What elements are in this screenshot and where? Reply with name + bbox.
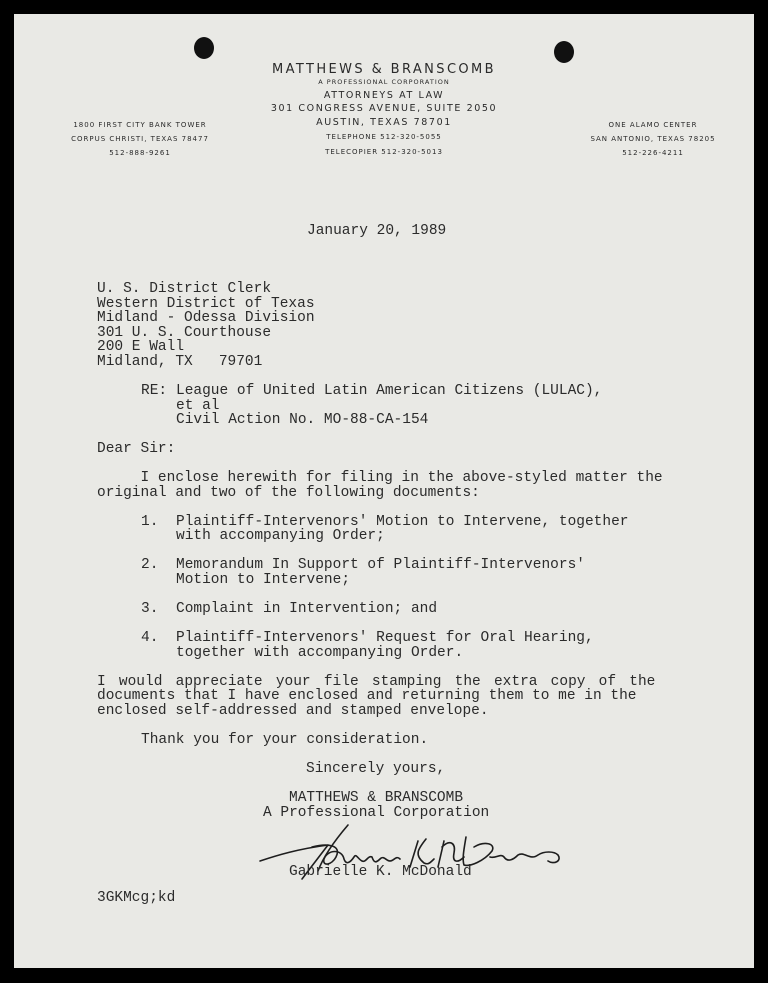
list-item-number: 3. <box>141 602 158 617</box>
recipient-line: U. S. District Clerk <box>97 282 271 297</box>
request-line: documents that I have enclosed and retur… <box>97 689 637 704</box>
recipient-line: Midland, TX 79701 <box>97 355 262 370</box>
request-line: enclosed self-addressed and stamped enve… <box>97 704 489 719</box>
punch-hole-right <box>554 41 574 63</box>
left-office-line1: 1800 FIRST CITY BANK TOWER <box>40 121 240 129</box>
closing: Sincerely yours, <box>306 762 445 777</box>
salutation: Dear Sir: <box>97 442 175 457</box>
signature-firm: MATTHEWS & BRANSCOMB <box>289 791 463 806</box>
list-item-text: Memorandum In Support of Plaintiff-Inter… <box>176 558 585 573</box>
letterhead-firm-type: A PROFESSIONAL CORPORATION <box>14 78 754 86</box>
re-line: League of United Latin American Citizens… <box>176 384 602 399</box>
right-office-line2: SAN ANTONIO, TEXAS 78205 <box>563 135 743 143</box>
signer-name: Gabrielle K. McDonald <box>289 865 472 880</box>
letter-date: January 20, 1989 <box>307 224 446 239</box>
list-item-text: together with accompanying Order. <box>176 646 463 661</box>
letter-page: MATTHEWS & BRANSCOMB A PROFESSIONAL CORP… <box>14 14 754 968</box>
intro-line: I enclose herewith for filing in the abo… <box>97 471 663 486</box>
right-office-line1: ONE ALAMO CENTER <box>563 121 743 129</box>
right-office-phone: 512-226-4211 <box>563 149 743 157</box>
intro-line: original and two of the following docume… <box>97 486 480 501</box>
left-office-line2: CORPUS CHRISTI, TEXAS 78477 <box>40 135 240 143</box>
list-item-text: with accompanying Order; <box>176 529 385 544</box>
list-item-number: 1. <box>141 515 158 530</box>
list-item-text: Motion to Intervene; <box>176 573 350 588</box>
letterhead-practice: ATTORNEYS AT LAW <box>14 90 754 101</box>
recipient-line: Midland - Odessa Division <box>97 311 315 326</box>
list-item-number: 2. <box>141 558 158 573</box>
list-item-text: Complaint in Intervention; and <box>176 602 437 617</box>
thanks-line: Thank you for your consideration. <box>141 733 428 748</box>
punch-hole-left <box>194 37 214 59</box>
letterhead-address-line1: 301 CONGRESS AVENUE, SUITE 2050 <box>14 103 754 114</box>
list-item-text: Plaintiff-Intervenors' Request for Oral … <box>176 631 594 646</box>
re-label: RE: <box>141 384 167 399</box>
re-line: Civil Action No. MO-88-CA-154 <box>176 413 428 428</box>
reference-initials: 3GKMcg;kd <box>97 891 175 906</box>
recipient-line: 200 E Wall <box>97 340 184 355</box>
letterhead-firm-name: MATTHEWS & BRANSCOMB <box>14 62 754 77</box>
list-item-number: 4. <box>141 631 158 646</box>
left-office-phone: 512-888-9261 <box>40 149 240 157</box>
